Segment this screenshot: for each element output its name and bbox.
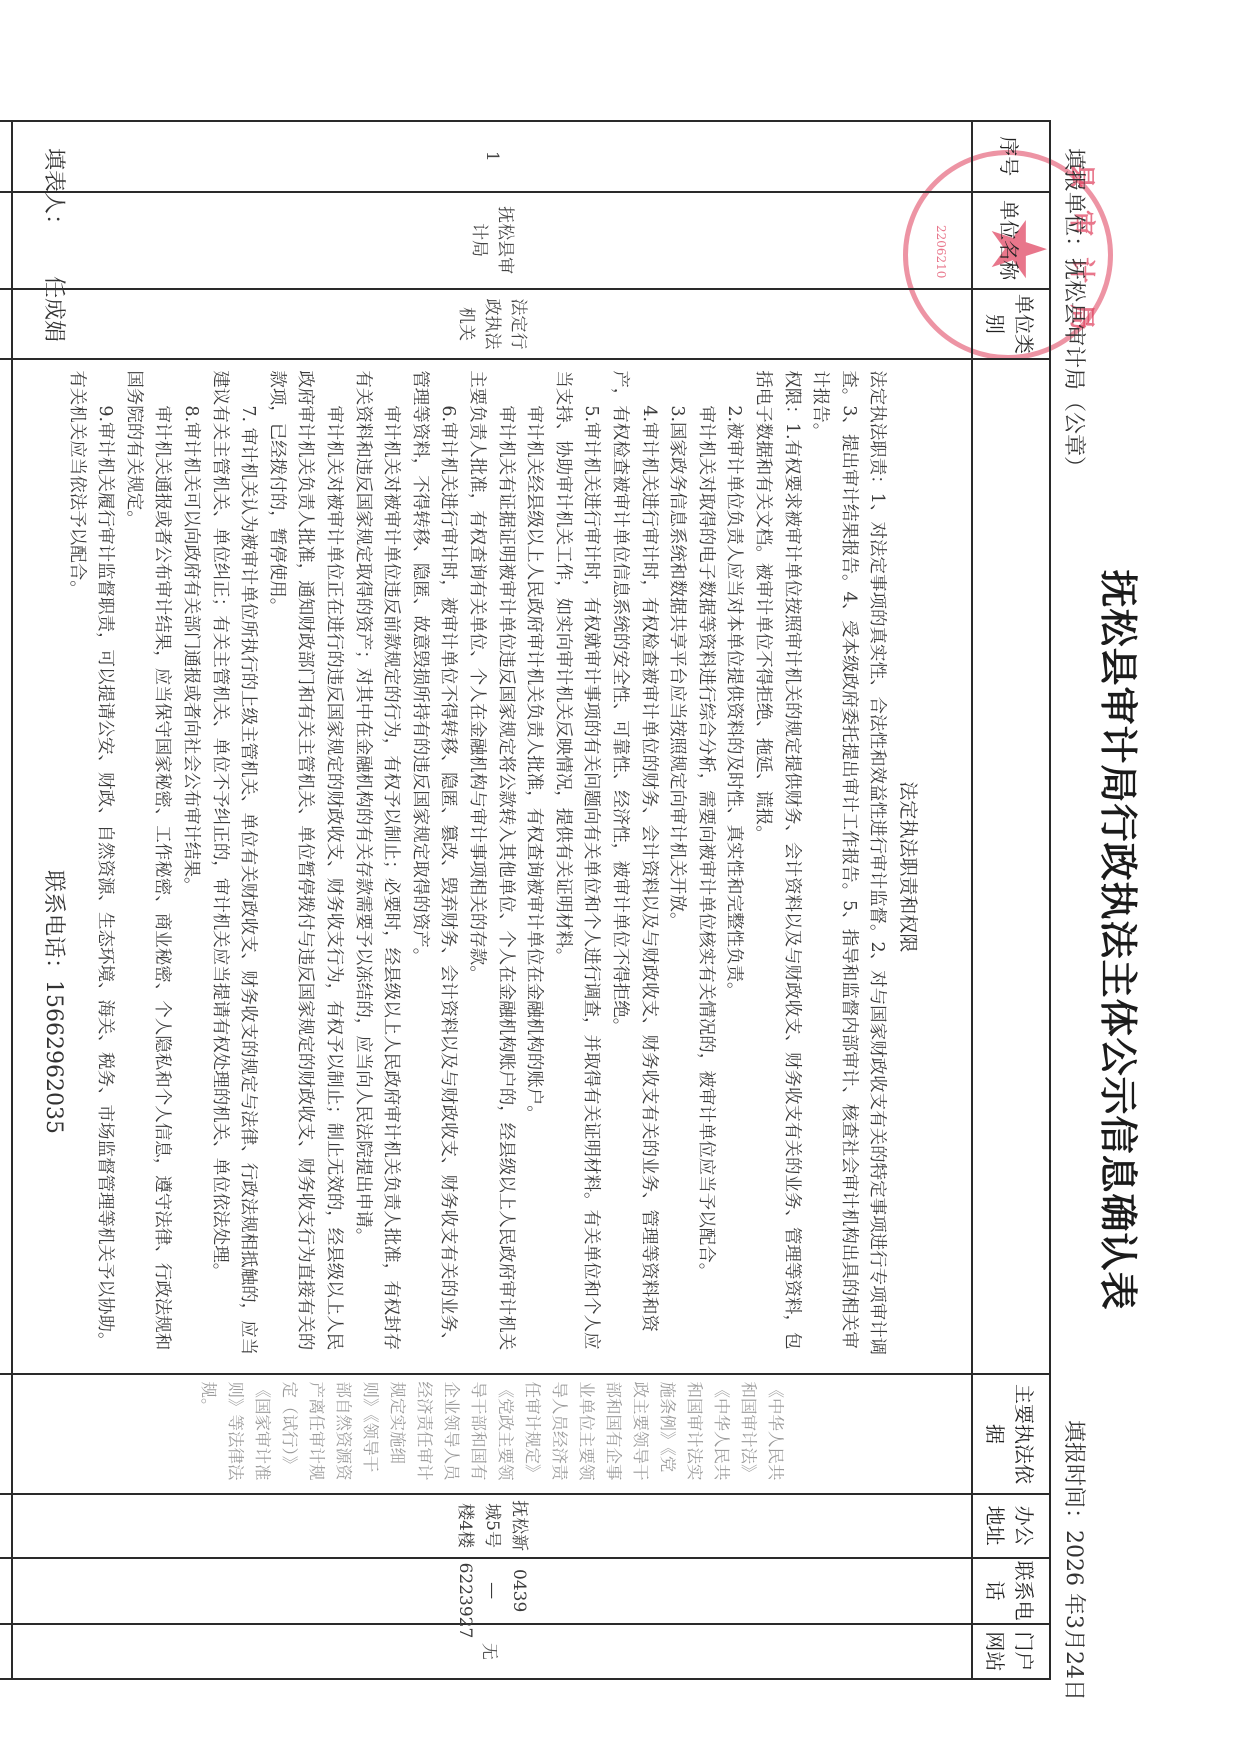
form-filler: 填表人：任成娟	[40, 148, 71, 342]
duty-paragraph: 7. 审计机关认为被审计单位所执行的上级主管机关、单位有关财政收支、财务收支的规…	[205, 370, 262, 1363]
header-duties	[972, 359, 1050, 1374]
empty-table-row	[0, 121, 12, 1679]
cell-unit-type: 法定行政执法机关	[12, 289, 972, 360]
reporting-date-label: 填报时间：	[1061, 1420, 1086, 1530]
duty-paragraph: 6.审计机关进行审计时，被审计单位不得转移、隐匿、篡改、毁弃财务、会计资料以及与…	[405, 370, 462, 1363]
header-legal-basis: 主要执法依据	[972, 1374, 1050, 1493]
duty-paragraph: 审计机关通报或者公布审计结果，应当保守国家秘密、工作秘密、商业秘密、个人隐私和个…	[119, 370, 176, 1363]
reporting-unit: 填报单位：抚松县审计局（公章）	[1060, 148, 1091, 478]
cell-duties: 法定执法职责和权限 法定执法职责：1、对法定事项的真实性、合法性和效益性进行审计…	[12, 359, 972, 1374]
duty-paragraph: 权限：1.有权要求被审计单位按照审计机关的规定提供财务、会计资料以及与财政收支、…	[748, 370, 805, 1363]
reporting-unit-value: 抚松县审计局（公章）	[1061, 258, 1086, 478]
duties-caption: 法定执法职责和权限	[893, 370, 922, 1363]
contact-phone-value: 15662962035	[41, 980, 66, 1134]
duty-paragraph: 审计机关对取得的电子数据等资料进行综合分析，需要向被审计单位核实有关情况的，被审…	[691, 370, 720, 1363]
cell-serial-no: 1	[12, 121, 972, 192]
cell-legal-basis: 《中华人民共和国审计法》《中华人民共和国审计法实施条例》《党政主要领导干部和国有…	[12, 1374, 972, 1493]
contact-phone: 联系电话：15662962035	[40, 870, 71, 1134]
duty-paragraph: 审计机关对被审计单位违反前款规定的行为，有权予以制止；必要时，经县级以上人民政府…	[348, 370, 405, 1363]
info-table: 序号 单位名称 单位类别 主要执法依据 办公地址 联系电话 门户网站 1 抚松县…	[0, 120, 1051, 1680]
reporting-unit-label: 填报单位：	[1061, 148, 1086, 258]
duty-paragraph: 3.国家政务信息系统和数据共享平台应当按照规定向审计机关开放。	[663, 370, 692, 1363]
duty-paragraph: 9.审计机关履行审计监督职责，可以提请公安、财政、自然资源、生态环境、海关、税务…	[62, 370, 119, 1363]
header-office-address: 办公地址	[972, 1494, 1050, 1558]
contact-phone-label: 联系电话：	[41, 870, 66, 980]
header-unit-name: 单位名称	[972, 192, 1050, 289]
duty-paragraph: 4.审计机关进行审计时，有权检查被审计单位的财务、会计资料以及与财政收支、财务收…	[605, 370, 662, 1363]
duty-paragraph: 2.被审计单位负责人应当对本单位提供资料的及时性、真实性和完整性负责。	[720, 370, 749, 1363]
document-page: 县 审 计 局 ★ 2206210 抚松县审计局行政执法主体公示信息确认表 填报…	[0, 0, 1241, 1754]
form-filler-label: 填表人：	[41, 148, 66, 236]
header-serial-no: 序号	[972, 121, 1050, 192]
cell-unit-name: 抚松县审计局	[12, 192, 972, 289]
duty-paragraph: 法定执法职责：1、对法定事项的真实性、合法性和效益性进行审计监督。2、对与国家财…	[806, 370, 892, 1363]
duty-paragraph: 审计机关对被审计单位正在进行的违反国家规定的财政收支、财务收支行为，有权予以制止…	[262, 370, 348, 1363]
page-title: 抚松县审计局行政执法主体公示信息确认表	[1094, 300, 1149, 1580]
reporting-date-value: 2026 年3月24日	[1061, 1530, 1086, 1701]
duty-paragraph: 审计机关经县级以上人民政府审计机关负责人批准，有权查询被审计单位在金融机构的账户…	[520, 370, 549, 1363]
reporting-date: 填报时间：2026 年3月24日	[1060, 1420, 1091, 1701]
header-phone: 联系电话	[972, 1558, 1050, 1624]
cell-phone: 0439—6223927	[12, 1558, 972, 1624]
duty-paragraph: 8.审计机关可以向政府有关部门通报或者向社会公布审计结果。	[176, 370, 205, 1363]
table-header-row: 序号 单位名称 单位类别 主要执法依据 办公地址 联系电话 门户网站	[972, 121, 1050, 1679]
duty-paragraph: 5.审计机关进行审计时，有权就审计事项的有关问题向有关单位和个人进行调查，并取得…	[548, 370, 605, 1363]
form-filler-name: 任成娟	[41, 276, 66, 342]
duty-paragraph: 审计机关有证据证明被审计单位违反国家规定将公款转入其他单位、个人在金融机构账户的…	[462, 370, 519, 1363]
header-website: 门户网站	[972, 1624, 1050, 1679]
cell-website: 无	[12, 1624, 972, 1679]
header-unit-type: 单位类别	[972, 289, 1050, 360]
cell-office-address: 抚松新城5号楼4楼	[12, 1494, 972, 1558]
table-row: 1 抚松县审计局 法定行政执法机关 法定执法职责和权限 法定执法职责：1、对法定…	[12, 121, 972, 1679]
